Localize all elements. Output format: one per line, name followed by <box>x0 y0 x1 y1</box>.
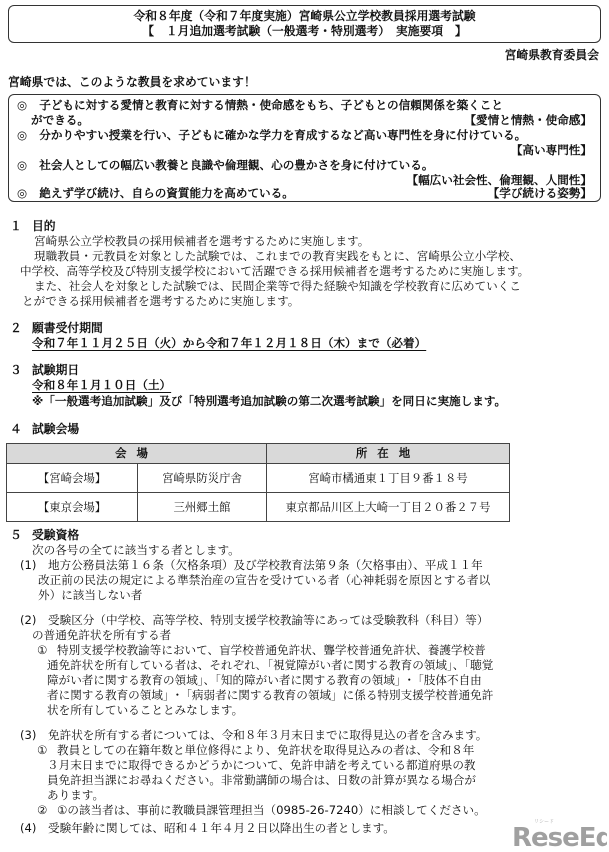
item-3-sub-1-label: ① <box>37 743 47 758</box>
document-title-box: 令和８年度（令和７年度実施）宮崎県公立学校教員採用選考試験 【 １月追加選考試験… <box>8 5 601 43</box>
section-5-heading: ５受験資格 <box>10 528 79 543</box>
item-2-sub-1-line: 障がい者に関する教育の領域」、「知的障がい者に関する教育の領域」･「肢体不自由 <box>47 673 482 688</box>
item-3-label: (3) <box>20 728 36 743</box>
ideal-teacher-heading: 宮崎県では、このような教員を求めています！ <box>8 75 256 90</box>
double-circle-bullet-icon: ◎ <box>17 98 27 112</box>
exam-date: 令和８年１月１０日（土） <box>32 378 171 393</box>
item-1-line: 地方公務員法第１６条（欠格条項）及び学校教育法第９条（欠格事由）、平成１１年 <box>48 558 483 573</box>
item-2-sub-1-line: 者に関する教育の領域」･「病弱者に関する教育の領域」に係る特別支援学校普通免許 <box>47 688 493 703</box>
title-line-2: 【 １月追加選考試験（一般選考・特別選考） 実施要項 】 <box>9 24 600 39</box>
ideal-tag-1: 【愛情と情熱・使命感】 <box>464 113 592 128</box>
venue-label: 【宮崎会場】 <box>7 464 138 493</box>
item-3-sub-2-label: ② <box>37 803 47 818</box>
double-circle-bullet-icon: ◎ <box>17 186 27 200</box>
qualification-intro: 次の各号の全てに該当する者とします。 <box>32 543 240 558</box>
section-1-line: また、社会人を対象とした試験では、民間企業等で得た経験や知識を学校教育に広めてい… <box>34 279 521 294</box>
exam-date-note: ※「一般選考追加試験」及び「特別選考追加試験の第二次選考試験」を同日に実施します… <box>32 394 506 409</box>
venue-header: 会場 <box>7 444 267 464</box>
double-circle-bullet-icon: ◎ <box>17 158 27 172</box>
item-3-sub-1-line: 教員としての在籍年数と単位修得により、免許状を取得見込みの者は、令和８年 <box>57 743 474 758</box>
venue-name: 三州郷土館 <box>138 493 267 522</box>
item-3-line: 免許状を所有する者については、令和８年３月末日までに取得見込の者を含みます。 <box>48 728 487 743</box>
item-3-sub-2-line: ①の該当者は、事前に教職員課管理担当（0985-26-7240）に相談してくださ… <box>57 803 486 818</box>
item-1-line: 改正前の民法の規定による準禁治産の宣告を受けている者（心神耗弱を原因とする者以 <box>38 573 490 588</box>
venue-table: 会場 所在地 【宮崎会場】 宮崎県防災庁舎 宮崎市橘通東１丁目９番１８号 【東京… <box>6 443 510 522</box>
venue-name: 宮崎県防災庁舎 <box>138 464 267 493</box>
venue-table-header: 会場 所在地 <box>7 444 510 464</box>
section-1-heading: １目的 <box>10 219 56 234</box>
item-1-line: 外）に該当しない者 <box>38 588 142 603</box>
ideal-item-2: ◎ 分かりやすい授業を行い、子どもに確かな学力を育成するなど高い専門性を身に付け… <box>17 128 526 143</box>
item-2-sub-1-label: ① <box>37 643 47 658</box>
double-circle-bullet-icon: ◎ <box>17 128 27 142</box>
section-1-line: 宮崎県公立学校教員の採用候補者を選考するために実施します。 <box>34 234 369 249</box>
section-1-line: とができる採用候補者を選考するために実施します。 <box>22 294 299 309</box>
ideal-tag-4: 【学び続ける姿勢】 <box>488 186 592 201</box>
ideal-item-3: ◎ 社会人としての幅広い教養と良識や倫理観、心の豊かさを身に付けている。 <box>17 158 433 173</box>
reseed-watermark-logo: リシード ReseEd <box>512 815 607 850</box>
item-3-sub-1-line: あります。 <box>47 788 104 803</box>
item-4-line: 受験年齢に関しては、昭和４１年４月２日以降出生の者とします。 <box>48 821 395 836</box>
ideal-teacher-box: ◎ 子どもに対する愛情と教育に対する情熱・使命感をもち、子どもとの信頼関係を築く… <box>8 94 601 202</box>
venue-address: 東京都品川区上大崎一丁目２０番２７号 <box>267 493 510 522</box>
issuer: 宮崎県教育委員会 <box>505 48 599 63</box>
ideal-tag-2: 【高い専門性】 <box>511 143 592 158</box>
application-period: 令和７年１１月２５日（火）から令和７年１２月１８日（木）まで（必着） <box>32 336 426 351</box>
item-4-label: (4) <box>20 821 36 836</box>
section-1-line: 現職教員・元教員を対象とした試験では、これまでの教育実践をもとに、宮崎県公立小学… <box>34 249 521 264</box>
svg-text:ReseEd: ReseEd <box>512 823 607 850</box>
venue-label: 【東京会場】 <box>7 493 138 522</box>
table-row: 【宮崎会場】 宮崎県防災庁舎 宮崎市橘通東１丁目９番１８号 <box>7 464 510 493</box>
address-header: 所在地 <box>267 444 510 464</box>
title-line-1: 令和８年度（令和７年度実施）宮崎県公立学校教員採用選考試験 <box>9 9 600 24</box>
item-2-sub-1-line: 通免許状を所有している者は、それぞれ､「視覚障がい者に関する教育の領域」、「聴覚 <box>47 658 493 673</box>
item-2-label: (2) <box>20 613 36 628</box>
ideal-item-4: ◎ 絶えず学び続け、自らの資質能力を高めている。 <box>17 186 294 201</box>
ideal-item-1: ◎ 子どもに対する愛情と教育に対する情熱・使命感をもち、子どもとの信頼関係を築く… <box>17 98 503 113</box>
ideal-item-1-cont: ができる。 <box>31 113 89 128</box>
item-3-sub-1-line: ３月末日までに取得できるかどうかについて、免許申請を考えている都道府県の教 <box>47 758 476 773</box>
section-4-heading: ４試験会場 <box>10 422 79 437</box>
item-2-sub-1-line: 特別支援学校教諭等において、盲学校普通免許状、聾学校普通免許状、養護学校普 <box>57 643 486 658</box>
section-3-heading: ３試験期日 <box>10 363 79 378</box>
item-2-line: の普通免許状を所有する者 <box>32 628 171 643</box>
item-1-label: (1) <box>20 558 36 573</box>
venue-address: 宮崎市橘通東１丁目９番１８号 <box>267 464 510 493</box>
section-2-heading: ２願書受付期間 <box>10 321 103 336</box>
item-2-sub-1-line: 状を所有していることとみなします。 <box>47 703 243 718</box>
section-1-line: 中学校、高等学校及び特別支援学校において活躍できる採用候補者を選考するために実施… <box>20 264 529 279</box>
item-2-line: 受験区分（中学校、高等学校、特別支援学校教諭等にあっては受験教科（科目）等） <box>48 613 488 628</box>
table-row: 【東京会場】 三州郷土館 東京都品川区上大崎一丁目２０番２７号 <box>7 493 510 522</box>
item-3-sub-1-line: 員免許担当課にお尋ねください。非常勤講師の場合は、日数の計算が異なる場合が <box>47 773 476 788</box>
reseed-logo-icon: リシード ReseEd <box>512 815 607 850</box>
